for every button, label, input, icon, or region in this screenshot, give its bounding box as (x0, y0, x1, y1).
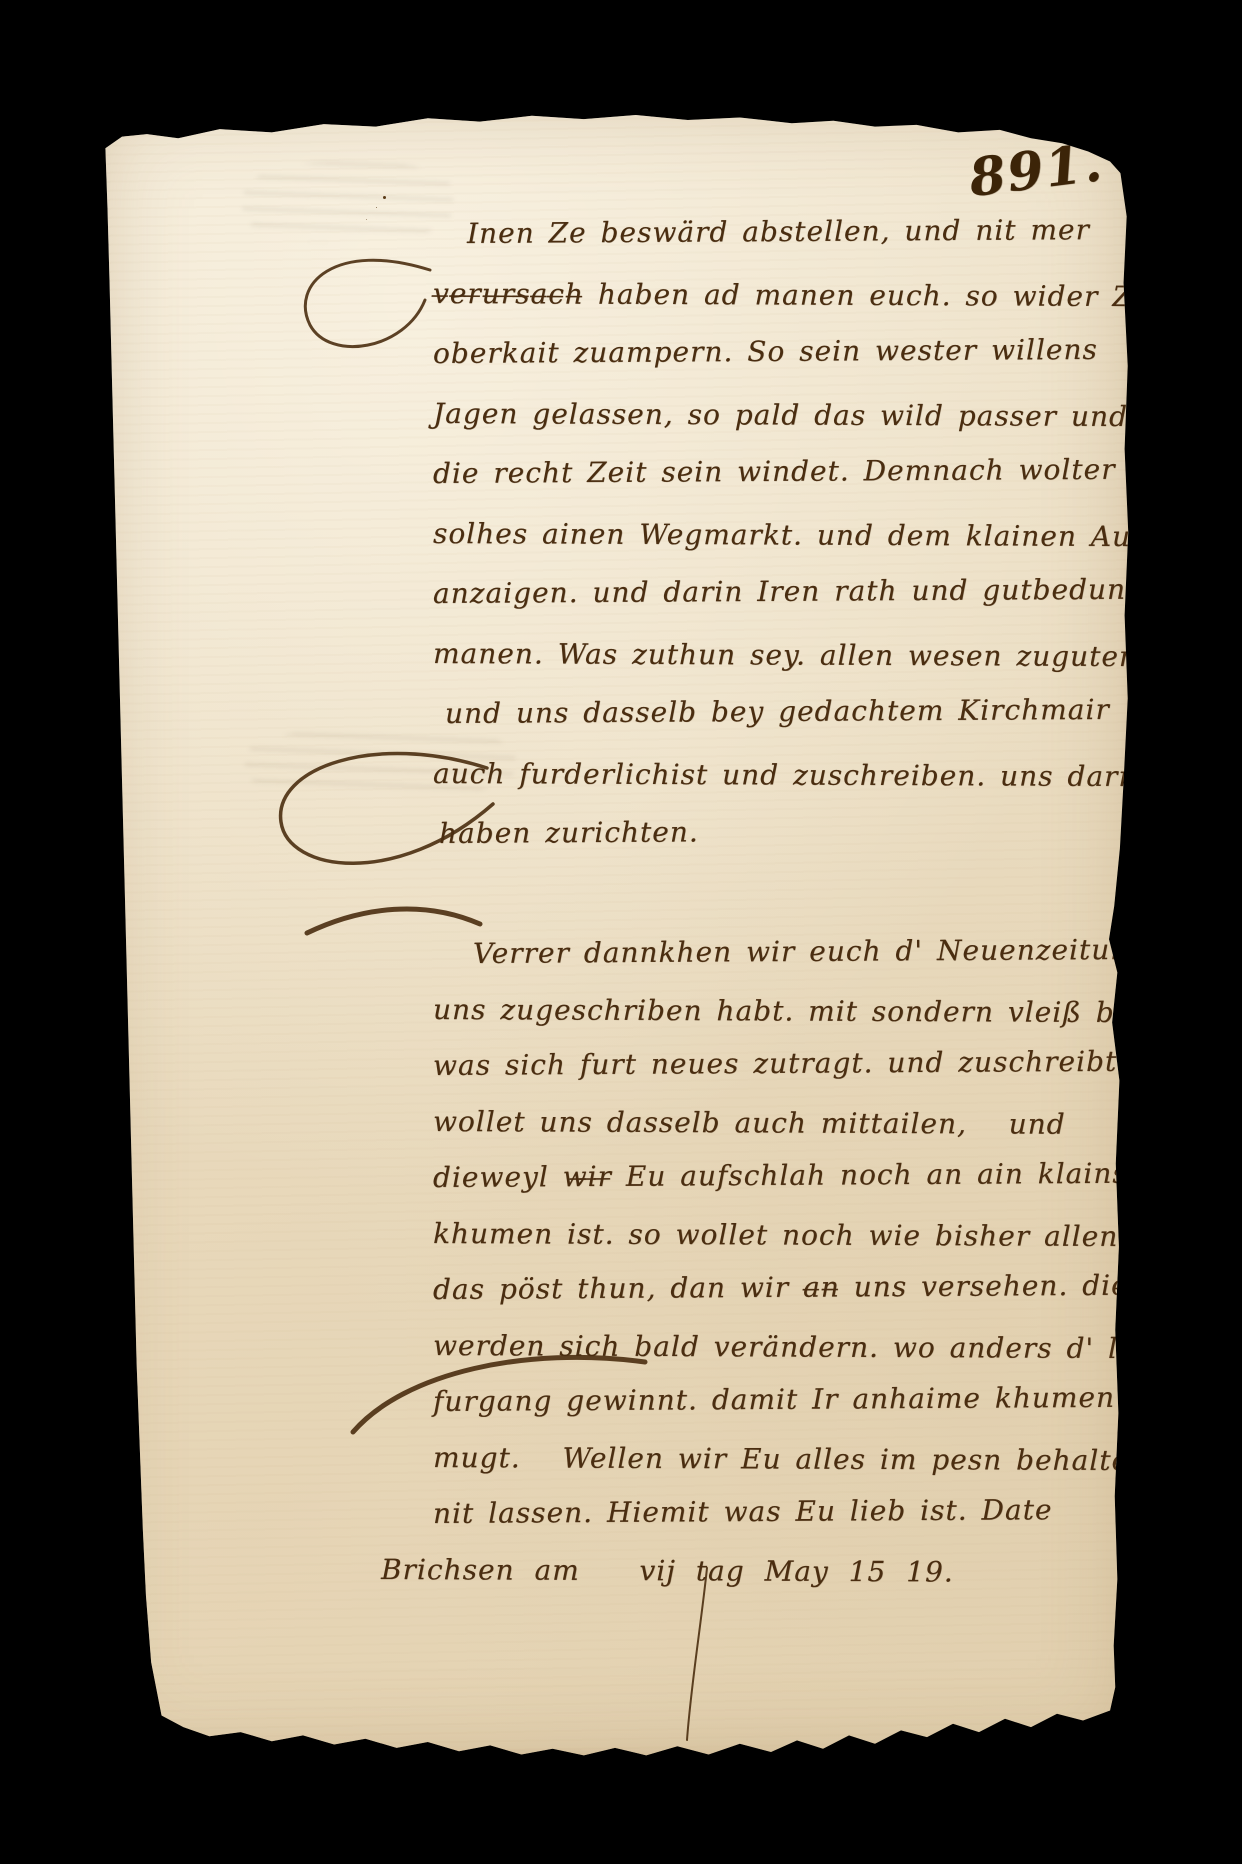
manuscript-line: Verrer dannkhen wir euch d' Neuenzeitung… (473, 922, 1133, 982)
manuscript-line: wollet uns dasselb auch mittailen, und (433, 1094, 1133, 1153)
manuscript-line: auch furderlichist und zuschreiben. uns … (433, 744, 1133, 807)
manuscript-line: werden sich bald verändern. wo anders d'… (433, 1318, 1133, 1377)
manuscript-line: dieweyl w̶i̶r̶ Eu aufschlah noch an ain … (433, 1146, 1133, 1206)
manuscript-line: haben zurichten. (439, 800, 1133, 864)
manuscript-line: solhes ainen Wegmarkt. und dem klainen A… (433, 504, 1133, 567)
manuscript-page: 891. Inen Ze beswärd abstellen, und nit … (95, 100, 1135, 1762)
manuscript-line: anzaigen. und darin Iren rath und gutbed… (433, 560, 1133, 624)
paragraph-1: Inen Ze beswärd abstellen, und nit merv̶… (433, 204, 1133, 864)
manuscript-line: und uns dasselb bey gedachtem Kirchmair (445, 680, 1133, 744)
paragraph-2: Verrer dannkhen wir euch d' Neuenzeitung… (433, 926, 1133, 1598)
ink-spatter (383, 196, 386, 199)
manuscript-line: Inen Ze beswärd abstellen, und nit mer (467, 200, 1133, 264)
manuscript-line: Brichsen am vij tag May 15 19. (381, 1542, 1133, 1601)
page-number: 891. (966, 132, 1107, 209)
manuscript-line: Jagen gelassen, so pald das wild passer … (433, 384, 1133, 447)
manuscript-line: khumen ist. so wollet noch wie bisher al… (433, 1206, 1133, 1265)
manuscript-line: die recht Zeit sein windet. Demnach wolt… (433, 440, 1133, 504)
manuscript-line: oberkait zuampern. So sein wester willen… (433, 320, 1133, 384)
manuscript-line: mugt. Wellen wir Eu alles im pesn behalt… (433, 1430, 1133, 1489)
ink-showthrough-top (240, 162, 456, 242)
manuscript-line: nit lassen. Hiemit was Eu lieb ist. Date (433, 1482, 1133, 1542)
manuscript-line: das pöst thun, dan wir a̶n̶ uns versehen… (433, 1258, 1133, 1318)
manuscript-line: was sich furt neues zutragt. und zuschre… (433, 1034, 1133, 1094)
manuscript-line: uns zugeschriben habt. mit sondern vleiß… (433, 982, 1133, 1041)
photo-background: 891. Inen Ze beswärd abstellen, und nit … (0, 0, 1242, 1864)
initial-flourish-icon (305, 260, 430, 346)
manuscript-text: Inen Ze beswärd abstellen, und nit merv̶… (433, 204, 1133, 1598)
manuscript-line: v̶e̶r̶u̶r̶s̶a̶c̶h̶ haben ad manen euch. … (433, 264, 1133, 327)
manuscript-line: manen. Was zuthun sey. allen wesen zugut… (433, 624, 1133, 687)
manuscript-line: furgang gewinnt. damit Ir anhaime khumen (433, 1370, 1133, 1430)
